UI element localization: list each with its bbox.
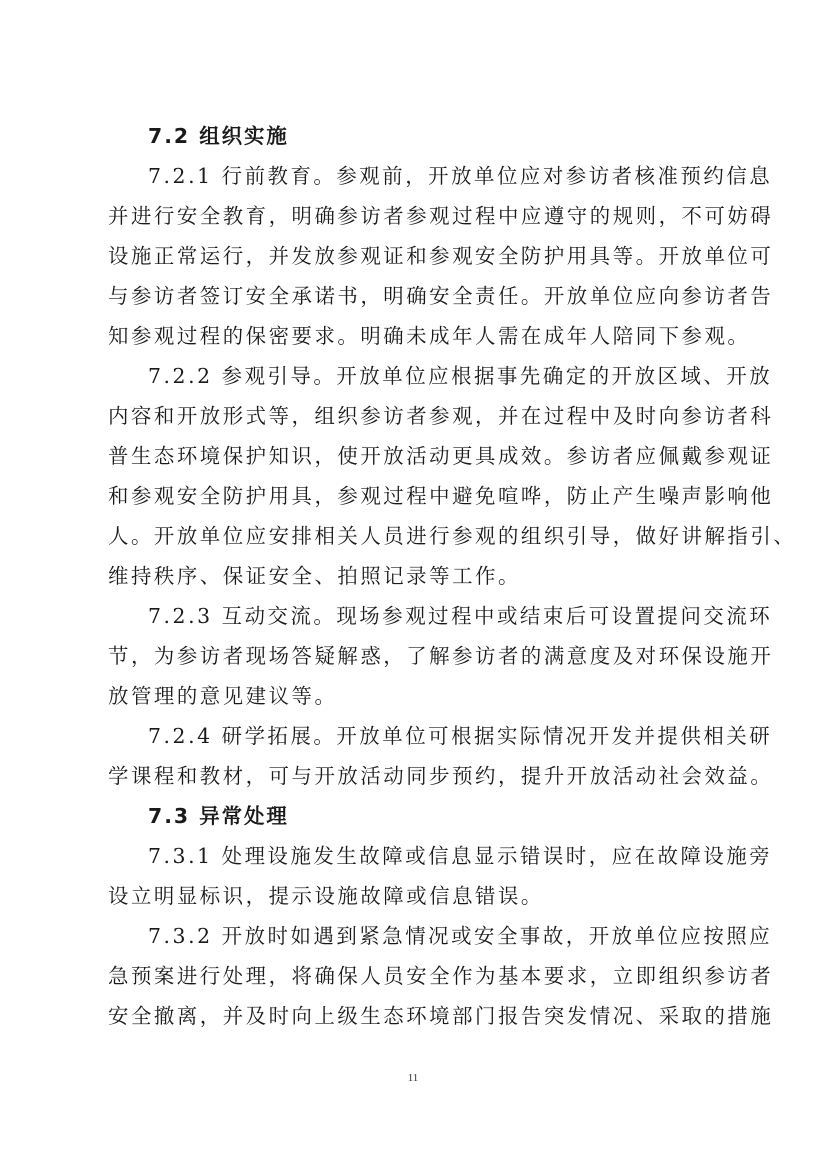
paragraph-7-2-2-line: 7.2.2 参观引导。开放单位应根据事先确定的开放区域、开放 [108,356,720,396]
section-heading-7-3: 7.3 异常处理 [108,796,720,836]
paragraph-7-3-2-line: 安全撤离，并及时向上级生态环境部门报告突发情况、采取的措施 [108,996,720,1036]
document-body: 7.2 组织实施 7.2.1 行前教育。参观前，开放单位应对参访者核准预约信息 … [108,116,720,1036]
paragraph-7-2-1-line: 7.2.1 行前教育。参观前，开放单位应对参访者核准预约信息 [108,156,720,196]
paragraph-7-2-4-line: 7.2.4 研学拓展。开放单位可根据实际情况开发并提供相关研 [108,716,720,756]
paragraph-7-3-2-line: 急预案进行处理，将确保人员安全作为基本要求，立即组织参访者 [108,956,720,996]
section-heading-7-2: 7.2 组织实施 [108,116,720,156]
paragraph-7-2-2-line: 内容和开放形式等，组织参访者参观，并在过程中及时向参访者科 [108,396,720,436]
paragraph-7-2-1-line: 并进行安全教育，明确参访者参观过程中应遵守的规则，不可妨碍 [108,196,720,236]
paragraph-7-2-3-line: 放管理的意见建议等。 [108,676,720,716]
paragraph-7-2-2-line: 维持秩序、保证安全、拍照记录等工作。 [108,556,720,596]
paragraph-7-2-1-line: 与参访者签订安全承诺书，明确安全责任。开放单位应向参访者告 [108,276,720,316]
paragraph-7-2-2-line: 普生态环境保护知识，使开放活动更具成效。参访者应佩戴参观证 [108,436,720,476]
paragraph-7-3-1-line: 设立明显标识，提示设施故障或信息错误。 [108,876,720,916]
paragraph-7-2-3-line: 节，为参访者现场答疑解惑，了解参访者的满意度及对环保设施开 [108,636,720,676]
page-number: 11 [0,1072,826,1084]
paragraph-7-2-1-line: 设施正常运行，并发放参观证和参观安全防护用具等。开放单位可 [108,236,720,276]
paragraph-7-2-2-line: 人。开放单位应安排相关人员进行参观的组织引导，做好讲解指引、 [108,516,720,556]
paragraph-7-2-1-line: 知参观过程的保密要求。明确未成年人需在成年人陪同下参观。 [108,316,720,356]
paragraph-7-3-1-line: 7.3.1 处理设施发生故障或信息显示错误时，应在故障设施旁 [108,836,720,876]
paragraph-7-2-2-line: 和参观安全防护用具，参观过程中避免喧哗，防止产生噪声影响他 [108,476,720,516]
paragraph-7-2-4-line: 学课程和教材，可与开放活动同步预约，提升开放活动社会效益。 [108,756,720,796]
paragraph-7-2-3-line: 7.2.3 互动交流。现场参观过程中或结束后可设置提问交流环 [108,596,720,636]
paragraph-7-3-2-line: 7.3.2 开放时如遇到紧急情况或安全事故，开放单位应按照应 [108,916,720,956]
